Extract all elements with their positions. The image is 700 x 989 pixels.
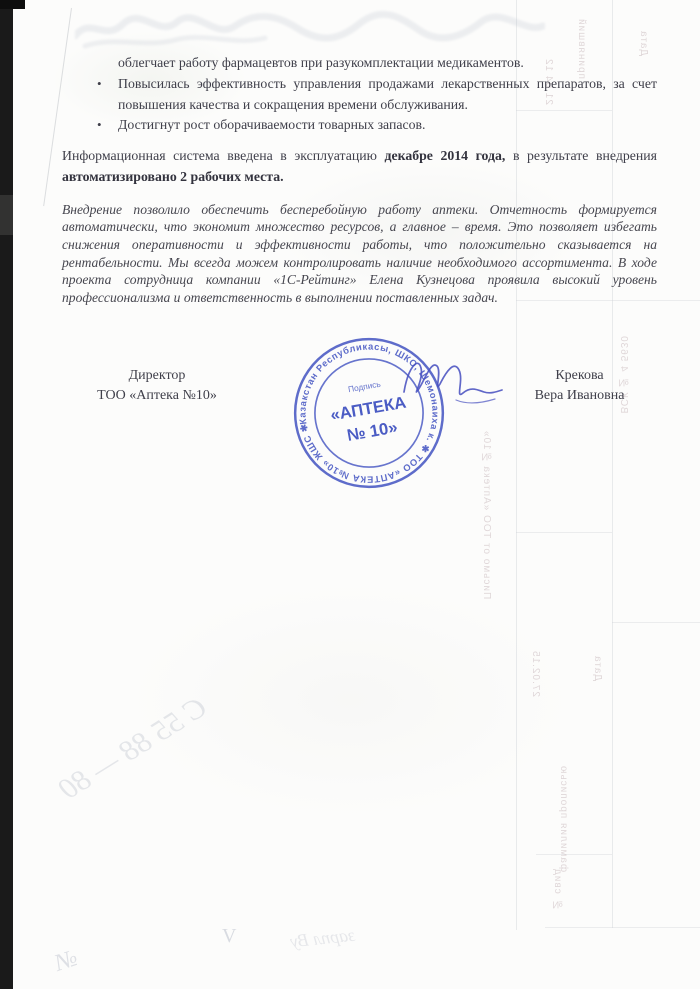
bleedthrough-handwriting: зарпл Ву <box>289 925 356 953</box>
list-item: Достигнут рост оборачиваемости товарных … <box>118 115 657 136</box>
bleed-table-line <box>536 854 612 855</box>
signatory-organization: ТОО «Аптека №10» <box>62 386 252 406</box>
scan-edge-left <box>0 0 13 989</box>
bleedthrough-check-mark: V <box>222 925 236 948</box>
paragraph-text: Информационная система введена в эксплуа… <box>62 148 384 163</box>
signatory-given-name: Вера Ивановна <box>502 386 657 406</box>
paragraph-bold-text: декабре 2014 года, <box>384 148 505 163</box>
signatory-surname: Крекова <box>502 366 657 386</box>
paragraph-bold-text: автоматизировано 2 рабочих места. <box>62 169 284 184</box>
bleed-table-line <box>545 927 700 928</box>
bleedthrough-scribble <box>75 8 545 53</box>
bleedthrough-handwriting: № <box>51 945 81 978</box>
testimonial-paragraph: Внедрение позволило обеспечить бесперебо… <box>62 201 657 307</box>
benefits-list: облегчает работу фармацевтов при разуком… <box>118 53 657 136</box>
bleedthrough-text: Письмо от ТОО «Аптека №10» <box>481 430 492 599</box>
bleedthrough-handwriting: С 55 88 — 80 <box>54 690 213 807</box>
bullet-continuation-text: облегчает работу фармацевтов при разуком… <box>118 53 657 74</box>
scanned-letter-page: принявший 21 04 12 Дата Письмо от ТОО «А… <box>0 0 700 989</box>
signatory-title: Директор <box>62 366 252 386</box>
paragraph-text: в результате внедрения <box>505 148 657 163</box>
scan-edge-corner <box>0 0 25 9</box>
bleedthrough-text: Дата <box>592 655 603 681</box>
stamp-center-line2: № 10» <box>345 417 398 445</box>
deployment-paragraph: Информационная система введена в эксплуа… <box>62 146 657 188</box>
signatory-position-block: Директор ТОО «Аптека №10» <box>62 366 252 405</box>
bleed-table-line <box>612 622 700 623</box>
signatory-name-block: Крекова Вера Ивановна <box>502 366 657 405</box>
letter-body: облегчает работу фармацевтов при разуком… <box>62 53 657 306</box>
bleedthrough-text: № свид <box>552 868 563 910</box>
bleedthrough-text: 27.02.15 <box>530 650 541 697</box>
stamp-signature-label: Подпись <box>347 379 381 395</box>
bleedthrough-text: фамилия прописью <box>558 765 569 872</box>
bleed-table-line <box>516 532 612 533</box>
handwritten-signature <box>398 348 508 418</box>
list-item: Повысилась эффективность управления прод… <box>118 74 657 116</box>
